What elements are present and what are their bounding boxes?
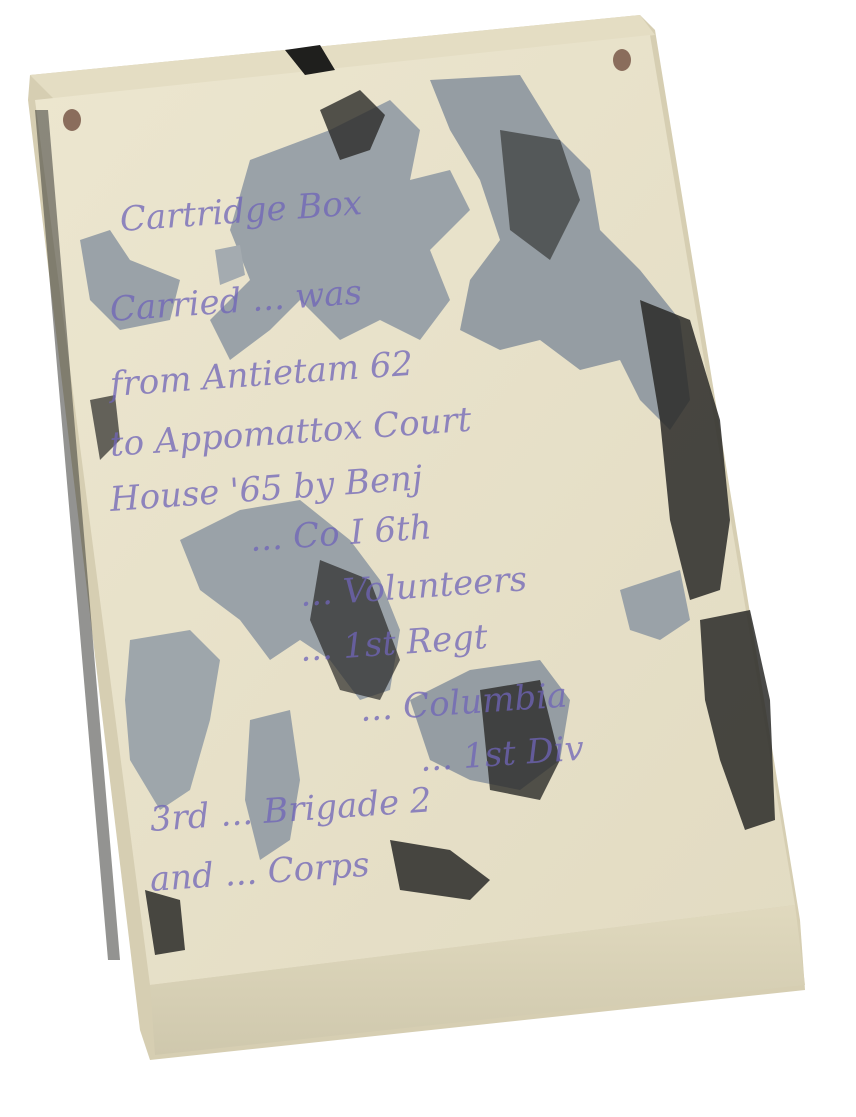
cartridge-block-image	[0, 0, 856, 1117]
photo: Cartridge Box Carried ... was from Antie…	[0, 0, 856, 1117]
